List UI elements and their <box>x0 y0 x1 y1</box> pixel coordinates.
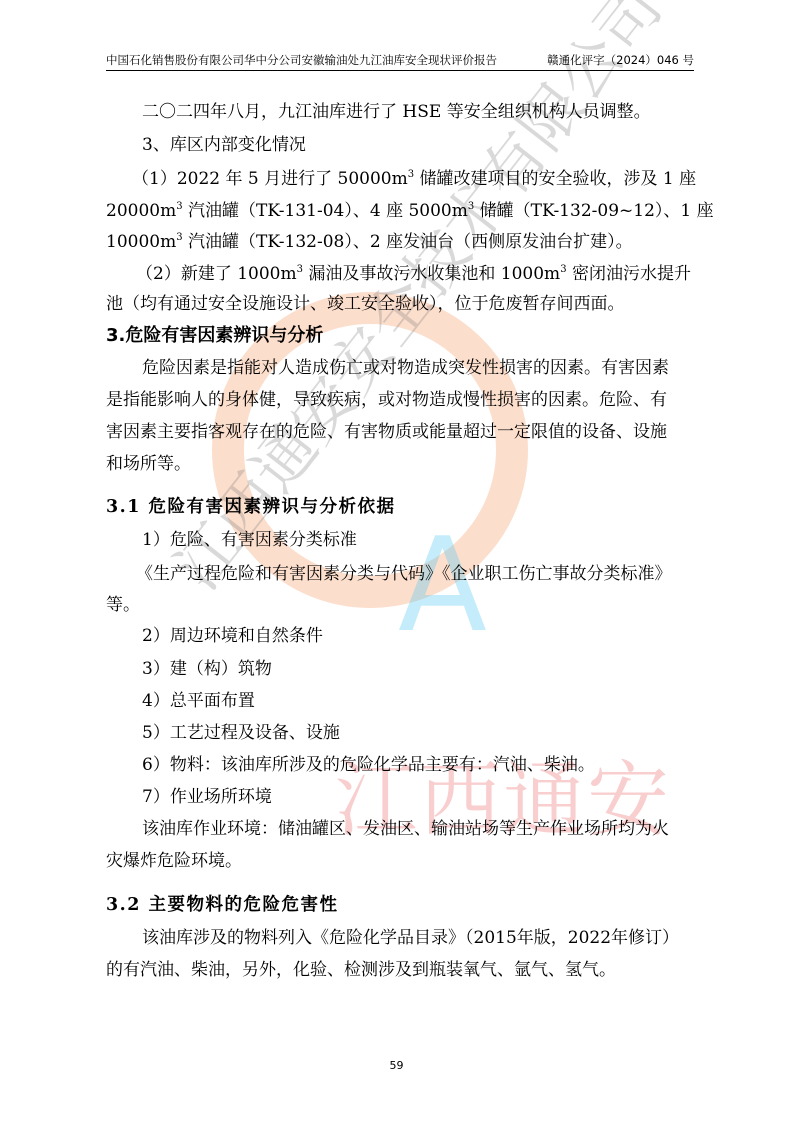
change-1-line-1: （1）2022 年 5 月进行了 50000m3 储罐改建项目的安全验收，涉及 … <box>106 168 744 190</box>
report-title: 中国石化销售股份有限公司华中分公司安徽输油处九江油库安全现状评价报告 <box>106 52 497 68</box>
work-env-line-2: 灾爆炸危险环境。 <box>106 850 718 872</box>
page-number: 59 <box>0 1059 793 1072</box>
basis-item-1-refs-line-1: 《生产过程危险和有害因素分类与代码》《企业职工伤亡事故分类标准》 <box>106 563 748 585</box>
item-3-heading: 3、库区内部变化情况 <box>106 134 754 156</box>
basis-item-1-refs-line-2: 等。 <box>106 594 718 616</box>
basis-item-1: 1）危险、有害因素分类标准 <box>106 529 754 551</box>
section-3-heading: 3.危险有害因素辨识与分析 <box>106 325 718 347</box>
section-3-para-line-3: 害因素主要指客观存在的危险、有害物质或能量超过一定限值的设备、设施 <box>106 421 718 443</box>
document-number: 赣通化评字（2024）046 号 <box>547 52 694 68</box>
section-3-2-heading: 3.2 主要物料的危险危害性 <box>106 894 718 916</box>
change-2-line-2: 池（均有通过安全设施设计、竣工安全验收），位于危废暂存间西面。 <box>106 293 718 315</box>
basis-item-6: 6）物料：该油库所涉及的危险化学品主要有：汽油、柴油。 <box>106 754 754 776</box>
section-3-para-line-4: 和场所等。 <box>106 453 718 475</box>
change-1-line-3: 10000m3 汽油罐（TK-132-08）、2 座发油台（西侧原发油台扩建）。 <box>106 231 718 253</box>
section-3-1-heading: 3.1 危险有害因素辨识与分析依据 <box>106 496 718 518</box>
basis-item-3: 3）建（构）筑物 <box>106 658 754 680</box>
basis-item-7: 7）作业场所环境 <box>106 786 754 808</box>
basis-item-5: 5）工艺过程及设备、设施 <box>106 722 754 744</box>
change-2-line-1: （2）新建了 1000m3 漏油及事故污水收集池和 1000m3 密闭油污水提升 <box>106 263 748 285</box>
section-3-para-line-1: 危险因素是指能对人造成伤亡或对物造成突发性损害的因素。有害因素 <box>106 357 754 379</box>
basis-item-2: 2）周边环境和自然条件 <box>106 625 754 647</box>
section-3-2-para-line-1: 该油库涉及的物料列入《危险化学品目录》（2015年版，2022年修订） <box>106 927 754 949</box>
section-3-2-para-line-2: 的有汽油、柴油，另外，化验、检测涉及到瓶装氧气、氩气、氢气。 <box>106 959 718 981</box>
section-3-para-line-2: 是指能影响人的身体健，导致疾病，或对物造成慢性损害的因素。危险、有 <box>106 389 718 411</box>
paragraph-intro: 二〇二四年八月，九江油库进行了 HSE 等安全组织机构人员调整。 <box>106 101 754 123</box>
work-env-line-1: 该油库作业环境：储油罐区、发油区、输油站场等生产作业场所均为火 <box>106 818 754 840</box>
change-1-line-2: 20000m3 汽油罐（TK-131-04）、4 座 5000m3 储罐（TK-… <box>106 200 718 222</box>
page-header: 中国石化销售股份有限公司华中分公司安徽输油处九江油库安全现状评价报告 赣通化评字… <box>106 50 694 71</box>
basis-item-4: 4）总平面布置 <box>106 690 754 712</box>
